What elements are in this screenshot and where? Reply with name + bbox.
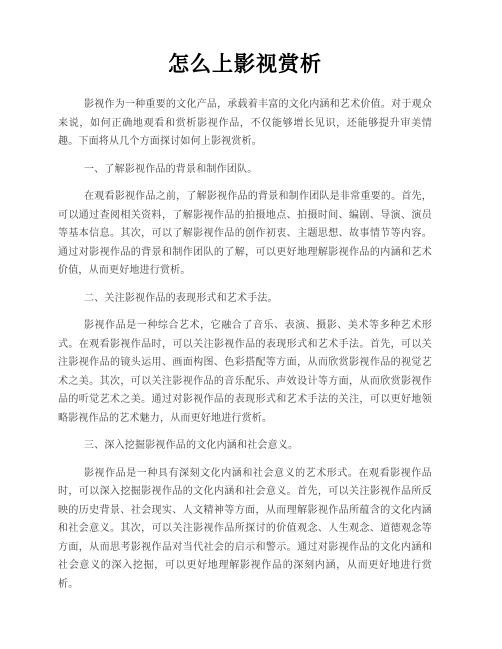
section-2-paragraph: 影视作品是一种综合艺术，它融合了音乐、表演、摄影、美术等多种艺术形式。在观看影视… [58,317,432,428]
section-1-heading: 一、了解影视作品的背景和制作团队。 [58,161,432,180]
doc-title: 怎么上影视赏析 [58,50,432,80]
section-3-heading: 三、深入挖掘影视作品的文化内涵和社会意义。 [58,437,432,456]
section-3-paragraph: 影视作品是一种具有深刻文化内涵和社会意义的艺术形式。在观看影视作品时，可以深入挖… [58,465,432,595]
section-1-paragraph: 在观看影视作品之前，了解影视作品的背景和制作团队是非常重要的。首先，可以通过查阅… [58,188,432,281]
document-page: 怎么上影视赏析 影视作为一种重要的文化产品，承载着丰富的文化内涵和艺术价值。对于… [0,0,502,649]
section-2-heading: 二、关注影视作品的表现形式和艺术手法。 [58,290,432,309]
intro-paragraph: 影视作为一种重要的文化产品，承载着丰富的文化内涵和艺术价值。对于观众来说，如何正… [58,96,432,152]
